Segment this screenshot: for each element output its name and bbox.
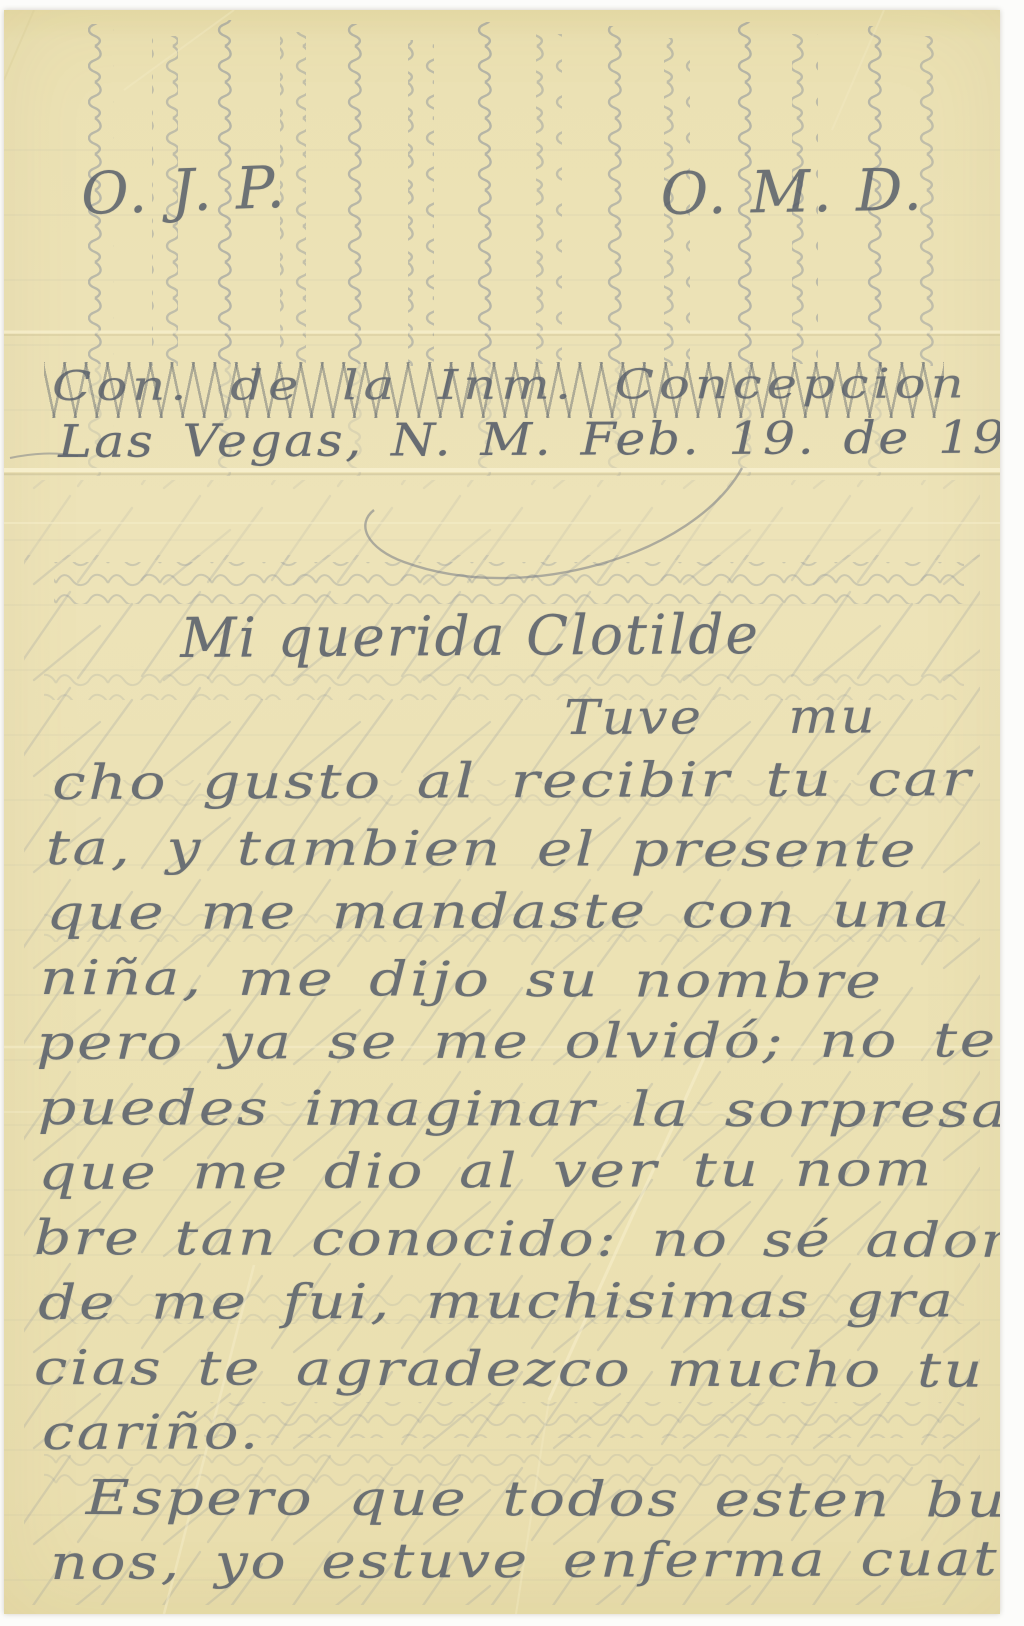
letter-line: que me dio al ver tu nom: [38, 1141, 934, 1201]
letter-line: bre tan conocido: no sé adon: [34, 1210, 1000, 1269]
letter-line: Espero que todos esten bue: [86, 1470, 1000, 1529]
strike-marks: [44, 362, 944, 418]
letter-line: que me mandaste con una: [46, 882, 952, 941]
letter-line: Tuve mu: [564, 689, 877, 746]
letter-line: cho gusto al recibir tu car: [52, 751, 973, 811]
scan-background: O. J. P. O. M. D. Con. de la Inm. Concep…: [0, 0, 1024, 1626]
letter-paper: O. J. P. O. M. D. Con. de la Inm. Concep…: [4, 10, 1000, 1614]
header-initials-right: O. M. D.: [660, 155, 925, 228]
letter-line: de me fui, muchisimas gra: [38, 1272, 956, 1331]
salutation: Mi querida Clotilde: [180, 602, 760, 670]
letter-line: nos, yo estuve enferma cuatro: [50, 1531, 1000, 1591]
letter-line: pero ya se me olvidó; no te: [36, 1012, 998, 1071]
letter-line: ta, y tambien el presente: [46, 820, 918, 878]
letter-line: cias te agradezco mucho tu: [34, 1340, 985, 1399]
header-initials-left: O. J. P.: [80, 153, 289, 228]
dateline: Las Vegas, N. M. Feb. 19. de 1900.: [58, 410, 1000, 468]
letter-line: niña, me dijo su nombre: [40, 950, 884, 1010]
letter-line: cariño.: [42, 1404, 261, 1461]
letter-line: puedes imaginar la sorpresa: [38, 1080, 1000, 1139]
